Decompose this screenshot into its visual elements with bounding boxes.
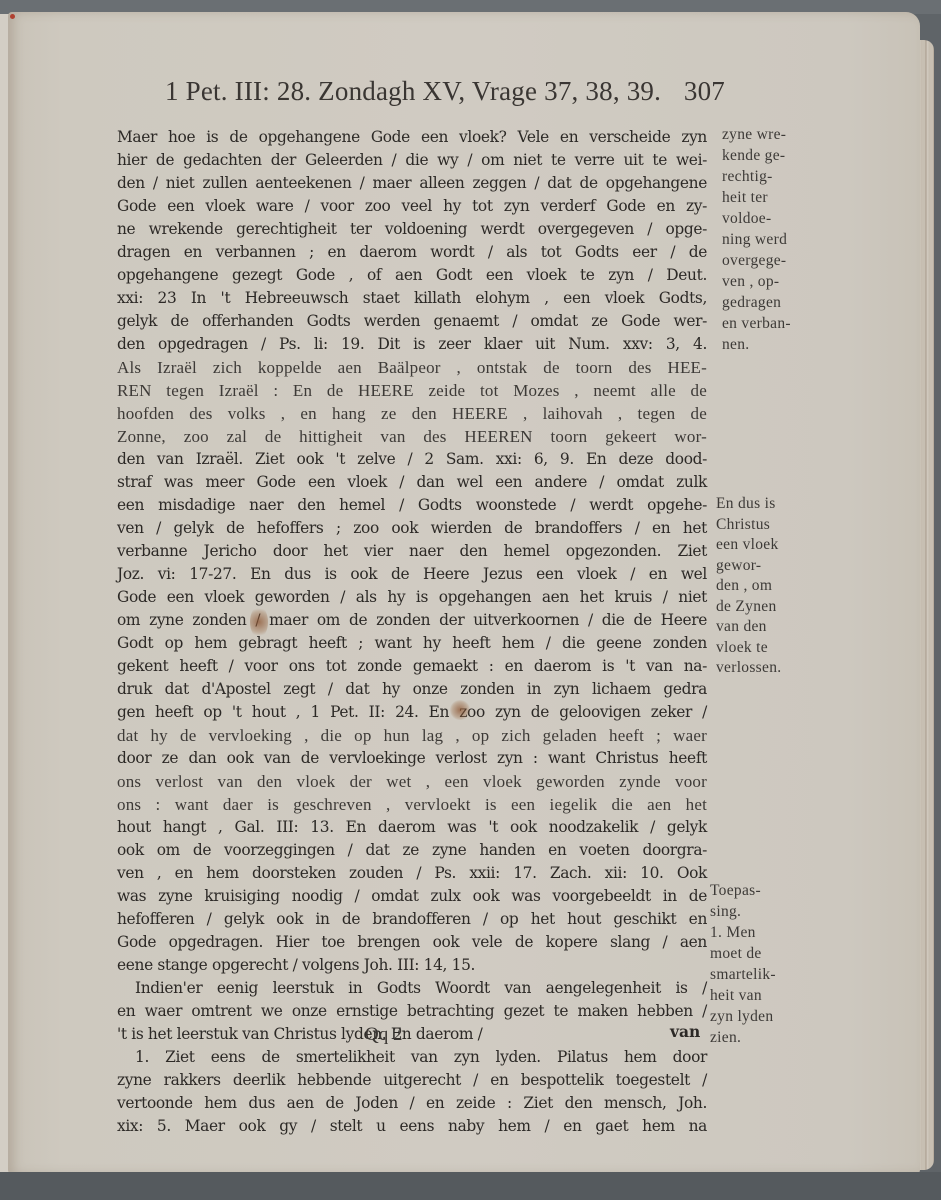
margin-line: voldoe- xyxy=(722,208,822,229)
page-number: 307 xyxy=(684,76,725,107)
text-line: den opgedragen / Ps. li: 19. Dit is zeer… xyxy=(117,333,707,356)
margin-line: heit ter xyxy=(722,187,822,208)
text-line: opgehangene gezegt Gode , of aen Godt ee… xyxy=(117,264,707,287)
margin-note-wrekende-gerechtigheit: zyne wre- kende ge- rechtig- heit ter vo… xyxy=(722,124,822,355)
text-line-roman: Zonne, zoo zal de hittigheit van des HEE… xyxy=(117,425,707,448)
margin-line: moet de xyxy=(710,943,810,964)
margin-line: 1. Men xyxy=(710,922,810,943)
margin-line: overgege- xyxy=(722,250,822,271)
margin-line: Christus xyxy=(716,515,816,536)
paper-stain xyxy=(250,606,268,638)
margin-line: kende ge- xyxy=(722,145,822,166)
text-line-roman: hoofden des volks , en hang ze den HEERE… xyxy=(117,402,707,425)
text-line: was zyne kruisiging noodig / omdat zulx … xyxy=(117,885,707,908)
text-line: ook om de voorzeggingen / dat ze zyne ha… xyxy=(117,839,707,862)
text-line: 't is het leerstuk van Christus lyden. E… xyxy=(117,1023,707,1046)
catchword: van xyxy=(670,1022,700,1041)
text-line: en waer omtrent we onze ernstige betrach… xyxy=(117,1000,707,1023)
text-line: gekent heeft / voor ons tot zonde gemaek… xyxy=(117,655,707,678)
text-line: Joz. vi: 17-27. En dus is ook de Heere J… xyxy=(117,563,707,586)
text-line: druk dat d'Apostel zegt / dat hy onze zo… xyxy=(117,678,707,701)
text-line: hier de gedachten der Geleerden / die wy… xyxy=(117,149,707,172)
margin-line: Toepas- xyxy=(710,880,810,901)
margin-note-christus-vloek: En dus is Christus een vloek gewor- den … xyxy=(716,494,816,679)
margin-line: van den xyxy=(716,617,816,638)
text-line-roman: Als Izraël zich koppelde aen Baälpeor , … xyxy=(117,356,707,379)
text-line: verbanne Jericho door het vier naer den … xyxy=(117,540,707,563)
text-line-roman: REN tegen Izraël : En de HEERE zeide tot… xyxy=(117,379,707,402)
text-line: Maer hoe is de opgehangene Gode een vloe… xyxy=(117,126,707,149)
text-line: zyne rakkers deerlik hebbende uitgerecht… xyxy=(117,1069,707,1092)
text-line: Gode een vloek ware / voor zoo veel hy t… xyxy=(117,195,707,218)
text-line: Gode opgedragen. Hier toe brengen ook ve… xyxy=(117,931,707,954)
margin-line: zyne wre- xyxy=(722,124,822,145)
margin-line: gedragen xyxy=(722,292,822,313)
margin-line: rechtig- xyxy=(722,166,822,187)
scan-backdrop-bottom xyxy=(0,1172,941,1200)
text-line: ne wrekende gerechtigheit ter voldoening… xyxy=(117,218,707,241)
margin-line: heit van xyxy=(710,985,810,1006)
margin-line: ning werd xyxy=(722,229,822,250)
text-line-roman: dat hy de vervloeking , die op hun lag ,… xyxy=(117,724,707,747)
main-text-block: Maer hoe is de opgehangene Gode een vloe… xyxy=(117,126,707,1138)
margin-line: En dus is xyxy=(716,494,816,515)
margin-line: smartelik- xyxy=(710,964,810,985)
margin-line: de Zynen xyxy=(716,597,816,618)
text-line: een misdadige naer den hemel / Godts woo… xyxy=(117,494,707,517)
text-line: om zyne zonden / maer om de zonden der u… xyxy=(117,609,707,632)
margin-line: nen. xyxy=(722,334,822,355)
text-line: ven , en hem doorsteken zouden / Ps. xxi… xyxy=(117,862,707,885)
text-line: hout hangt , Gal. III: 13. En daerom was… xyxy=(117,816,707,839)
margin-line: den , om xyxy=(716,576,816,597)
margin-line: vloek te xyxy=(716,638,816,659)
text-line: gelyk de offerhanden Godts werden genaem… xyxy=(117,310,707,333)
text-line: xix: 5. Maer ook gy / stelt u eens naby … xyxy=(117,1115,707,1138)
corner-mark xyxy=(10,14,15,19)
text-line: eene stange opgerecht / volgens Joh. III… xyxy=(117,954,707,977)
text-line: 1. Ziet eens de smertelikheit van zyn ly… xyxy=(117,1046,707,1069)
text-line: Gode een vloek geworden / als hy is opge… xyxy=(117,586,707,609)
margin-line: en verban- xyxy=(722,313,822,334)
margin-line: zien. xyxy=(710,1027,810,1048)
text-line: den van Izraël. Ziet ook 't zelve / 2 Sa… xyxy=(117,448,707,471)
running-title: 1 Pet. III: 28. Zondagh XV, Vrage 37, 38… xyxy=(165,76,661,107)
text-line: ven / gelyk de hefoffers ; zoo ook wierd… xyxy=(117,517,707,540)
margin-line: sing. xyxy=(710,901,810,922)
margin-line: een vloek xyxy=(716,535,816,556)
text-line: gen heeft op 't hout , 1 Pet. II: 24. En… xyxy=(117,701,707,724)
text-line: vertoonde hem dus aen de Joden / en zeid… xyxy=(117,1092,707,1115)
signature-mark: Qq 2 xyxy=(365,1024,402,1046)
text-line: straf was meer Gode een vloek / dan wel … xyxy=(117,471,707,494)
margin-line: gewor- xyxy=(716,556,816,577)
text-line: Indien'er eenig leerstuk in Godts Woordt… xyxy=(117,977,707,1000)
text-line-roman: ons : want daer is geschreven , vervloek… xyxy=(117,793,707,816)
margin-line: verlossen. xyxy=(716,658,816,679)
text-line-roman: ons verlost van den vloek der wet , een … xyxy=(117,770,707,793)
text-line: dragen en verbannen ; en daerom wordt / … xyxy=(117,241,707,264)
text-line: den / niet zullen aenteekenen / maer all… xyxy=(117,172,707,195)
text-line: Godt op hem gebragt heeft ; want hy heef… xyxy=(117,632,707,655)
running-header: 1 Pet. III: 28. Zondagh XV, Vrage 37, 38… xyxy=(165,76,725,110)
paper-stain xyxy=(450,700,470,720)
margin-line: ven , op- xyxy=(722,271,822,292)
text-line: hefofferen / gelyk ook in de brandoffere… xyxy=(117,908,707,931)
margin-note-toepassing: Toepas- sing. 1. Men moet de smartelik- … xyxy=(710,880,810,1048)
margin-line: zyn lyden xyxy=(710,1006,810,1027)
text-line: xxi: 23 In 't Hebreeuwsch staet killath … xyxy=(117,287,707,310)
text-line: door ze dan ook van de vervloekinge verl… xyxy=(117,747,707,770)
